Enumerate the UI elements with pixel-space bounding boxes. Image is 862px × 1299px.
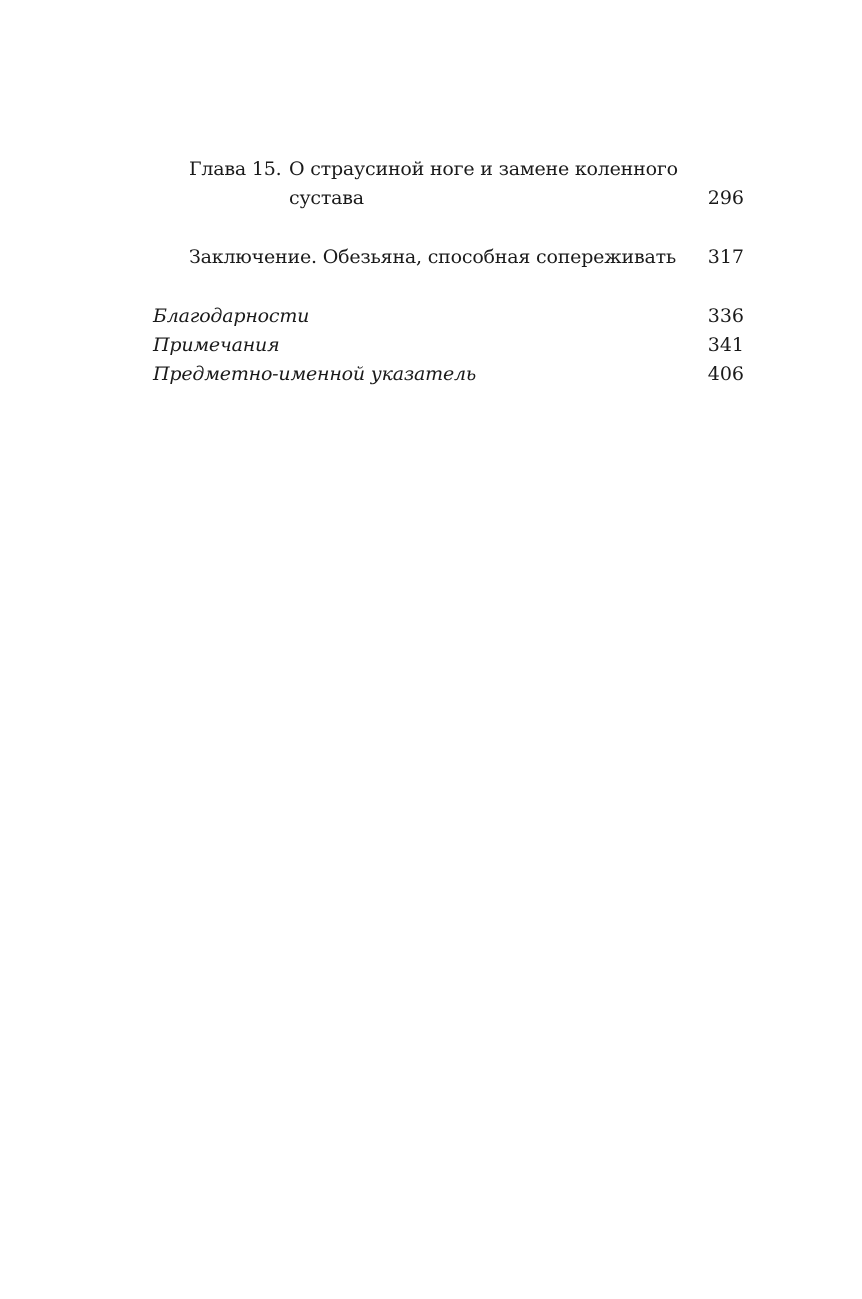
back-matter-title: Примечания	[153, 331, 279, 359]
table-of-contents-page: Глава 15. О страусиной ноге и замене кол…	[0, 0, 862, 1299]
page-number: 341	[708, 331, 744, 359]
conclusion-title: Заключение. Обезьяна, способная сопережи…	[189, 243, 676, 271]
chapter-label: Глава 15.	[189, 155, 281, 183]
back-matter-title: Благодарности	[153, 302, 309, 330]
chapter-title-line-2: сустава	[289, 184, 364, 212]
page-number: 406	[708, 360, 744, 388]
chapter-title-line-1: О страусиной ноге и замене коленного	[289, 155, 678, 183]
page-number: 336	[708, 302, 744, 330]
page-number: 317	[708, 243, 744, 271]
back-matter-title: Предметно-именной указатель	[153, 360, 476, 388]
page-number: 296	[708, 184, 744, 212]
